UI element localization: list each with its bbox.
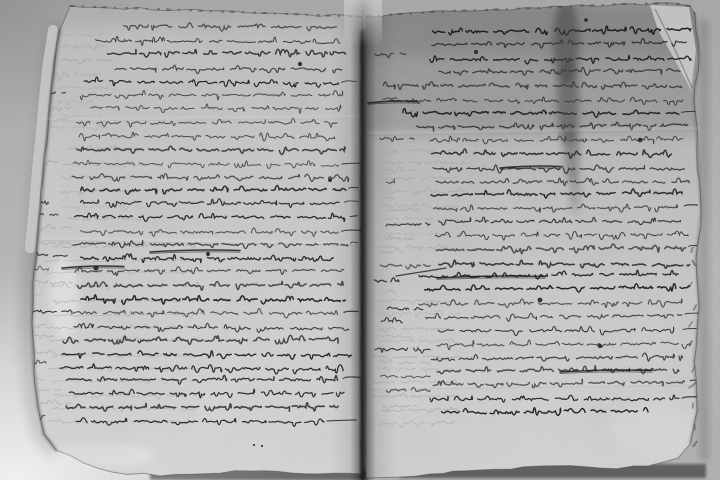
manuscript-scene (0, 0, 720, 480)
manuscript-photo (0, 0, 720, 480)
photo-grain (0, 0, 720, 480)
